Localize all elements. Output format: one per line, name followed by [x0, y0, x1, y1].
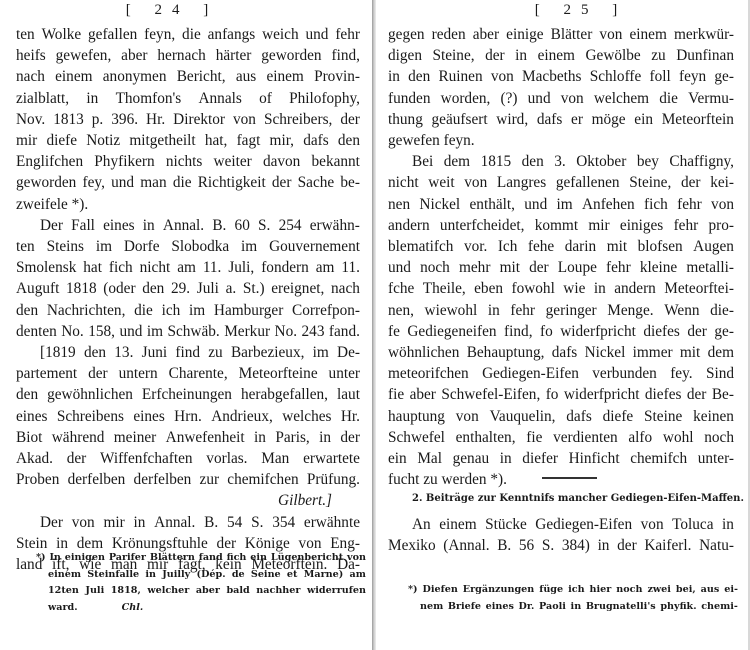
word: Menge.: [607, 300, 653, 321]
word: Hr.: [341, 406, 360, 427]
word: Akad.: [16, 448, 53, 469]
left-footnote: *)IneinigenPariferBlätternfandficheinLüg…: [36, 550, 366, 616]
word: fand.: [329, 321, 360, 342]
page-number-right: [ 25 ]: [394, 2, 750, 19]
word: Hrn.: [174, 406, 202, 427]
word: in: [571, 599, 582, 616]
text-line: feGediegeneifenfind,fowiderfprichtdiefes…: [388, 321, 734, 342]
word: Gediegen-Eifen: [482, 363, 579, 384]
word: zu: [651, 45, 665, 66]
word: Bericht,: [177, 66, 226, 87]
word: Parifer: [109, 550, 146, 567]
word: Behauptung,: [467, 342, 545, 363]
word: nicht: [388, 172, 419, 193]
word: Wolke: [42, 24, 82, 45]
word: Fall: [71, 215, 95, 236]
word: Dorfe: [124, 236, 160, 257]
word: 158,: [88, 321, 115, 342]
word: aber: [473, 24, 499, 45]
word: 3.: [554, 151, 565, 172]
word: Stücke: [485, 514, 527, 535]
right-footnote: *)DiefenErgänzungenfügeichhiernochzweibe…: [408, 582, 738, 615]
word: *): [408, 582, 418, 599]
text-line: indenRuinenvonMacbethsSchloffefollfeynge…: [388, 66, 734, 87]
word: Steins: [47, 236, 84, 257]
word: Juilly: [162, 567, 190, 584]
word: Smolensk: [16, 257, 76, 278]
word: verbunden: [592, 363, 657, 384]
word: ge-: [714, 321, 734, 342]
word: Biot: [16, 427, 42, 448]
word: den: [338, 130, 360, 151]
word: Nov.: [16, 109, 45, 130]
word: be-: [340, 172, 360, 193]
signature-line: Gilbert.]: [16, 490, 360, 511]
text-line: mirdiefeNotizmitgetheilthat,fagtmir,dafs…: [16, 130, 360, 151]
word: p.: [92, 109, 103, 130]
word: welchem: [594, 88, 649, 109]
word: Direktor: [173, 109, 225, 130]
word: einiges: [620, 215, 663, 236]
word: in: [86, 88, 98, 109]
word: genau: [453, 448, 490, 469]
word: 29.: [171, 278, 190, 299]
text-line: heifsgewefen,aberhernachhärtergewordenfi…: [16, 45, 360, 66]
word: unterfcheidet,: [440, 215, 525, 236]
word: Barbezieux,: [231, 342, 304, 363]
text-line: EnglifchenPhyfikernnichtsweiterdavonbeka…: [16, 151, 360, 172]
word: Andrieux,: [211, 406, 273, 427]
word: foll: [650, 66, 671, 87]
word: nach: [16, 66, 45, 87]
word: wiewohl: [425, 300, 478, 321]
word: ein: [388, 448, 407, 469]
word: wird,: [496, 109, 528, 130]
word: eines: [16, 406, 47, 427]
word: 354: [272, 512, 295, 533]
word: feyn,: [144, 24, 175, 45]
word: Slobodka: [171, 236, 229, 257]
text-line: tenWolkegefallenfeyn,dieanfangsweichundf…: [16, 24, 360, 45]
word: nen,: [388, 300, 414, 321]
word: Blätter: [551, 24, 593, 45]
word: fie: [388, 384, 404, 405]
word: Philofophy,: [289, 88, 360, 109]
word: ereignet,: [271, 278, 324, 299]
word: in: [388, 66, 400, 87]
word: 60: [235, 215, 250, 236]
word: vor.: [464, 236, 487, 257]
word: eines: [103, 215, 134, 236]
word: thung: [388, 109, 423, 130]
word: mir,: [270, 130, 294, 151]
word: Juni: [142, 342, 168, 363]
footnote-line: nemBriefeeinesDr.PaoliinBrugnatelli'sphy…: [408, 599, 738, 616]
word: Annals: [198, 88, 241, 109]
word: erwähn-: [310, 215, 360, 236]
word: Bei: [412, 151, 433, 172]
word: de: [232, 567, 245, 584]
word: mir: [588, 215, 609, 236]
word: fand: [199, 550, 223, 567]
word: diefes: [645, 384, 682, 405]
text-line: meteorifchenGediegen-Eifenverbundenfey.S…: [388, 363, 734, 384]
word: der: [687, 321, 707, 342]
right-page-section-body: AneinemStückeGediegen-EifenvonTolucain M…: [388, 514, 734, 556]
word: (Dép.: [197, 567, 226, 584]
word: verdienten: [553, 427, 618, 448]
word: Diefen: [423, 582, 458, 599]
word: Macbeths: [522, 66, 581, 87]
word: eben: [474, 278, 503, 299]
paragraph-start-line: DervonmirinAnnal.B.54S.354erwähnte: [16, 512, 360, 533]
word: von: [347, 550, 366, 567]
word: keinen: [693, 406, 734, 427]
word: dafs: [552, 342, 578, 363]
text-line: nenNickelenthält,undimAnfehenfichfehrvon: [388, 194, 734, 215]
text-line: undnochmehrmitderLoupefehrkleinemetalli-: [388, 257, 734, 278]
word: in: [594, 278, 606, 299]
word: im: [96, 236, 112, 257]
word: im: [313, 342, 329, 363]
word: und: [528, 88, 551, 109]
word: [1819: [40, 342, 76, 363]
word: et: [287, 567, 298, 584]
word: Ich: [498, 236, 518, 257]
word: fo: [540, 321, 553, 342]
word: welcher: [147, 583, 189, 600]
word: hernach: [157, 45, 205, 66]
word: von: [599, 24, 622, 45]
word: Mal: [417, 448, 442, 469]
word: (?): [501, 88, 518, 109]
word: hat,: [205, 130, 228, 151]
word: Wenn: [664, 300, 699, 321]
word: aber: [121, 45, 147, 66]
word: 13.: [114, 342, 133, 363]
word: An: [412, 514, 431, 535]
word: die: [134, 300, 153, 321]
word: Annal.: [163, 215, 204, 236]
word: Anwefenheit: [166, 427, 245, 448]
word: in: [488, 300, 500, 321]
word: die-: [710, 300, 734, 321]
word: der: [687, 384, 707, 405]
word: ge-: [714, 66, 734, 87]
footnote-line: *)DiefenErgänzungenfügeichhiernochzweibe…: [408, 582, 738, 599]
word: Oktober: [576, 151, 626, 172]
word: 1815: [481, 151, 512, 172]
paragraph-start-line: [1819den13.JunifindzuBarbezieux,imDe-: [16, 342, 360, 363]
word: mir: [16, 130, 37, 151]
word: pro-: [709, 215, 735, 236]
word: einem: [629, 24, 666, 45]
text-line: nen,wiewohlinfehrgeringerMenge.Wenndie-: [388, 300, 734, 321]
word: geringer: [546, 300, 597, 321]
word: Meteorftei-: [664, 278, 734, 299]
word: mitgetheilt: [129, 130, 195, 151]
word: Theile,: [423, 278, 466, 299]
word: phyfik.: [660, 599, 696, 616]
word: S.: [258, 215, 270, 236]
word: 11.: [203, 257, 222, 278]
text-line: Schwefelenthalten,fieverdientenalfowohln…: [388, 427, 734, 448]
word: Phyfikern: [94, 151, 154, 172]
word: S.: [542, 535, 554, 556]
word: 1813: [53, 109, 84, 130]
word: (Annal.: [443, 535, 489, 556]
text-line: blematifchvor.IchfehedarinmitblofsenAuge…: [388, 236, 734, 257]
word: Der: [40, 215, 63, 236]
word: erwartete: [303, 448, 360, 469]
word: den: [16, 300, 38, 321]
word: der: [681, 172, 701, 193]
text-line: gewefen feyn.: [388, 130, 734, 151]
word: 1818,: [111, 583, 141, 600]
word: einige: [506, 24, 543, 45]
word: Annal.: [154, 512, 195, 533]
word: Schreibens: [57, 406, 124, 427]
word: härter: [216, 45, 252, 66]
word: 11.: [341, 257, 360, 278]
word: bei,: [676, 582, 696, 599]
word: fich: [227, 550, 247, 567]
word: der: [67, 448, 87, 469]
word: einem: [538, 45, 575, 66]
word: merkwür-: [674, 24, 734, 45]
word: kei-: [710, 172, 734, 193]
word: Gediegeneifen: [407, 321, 496, 342]
word: Steine: [644, 406, 682, 427]
word: aber: [410, 384, 436, 405]
word: möge: [592, 109, 626, 130]
word: von: [491, 66, 514, 87]
word: Schloffe: [590, 66, 642, 87]
word: von: [711, 194, 734, 215]
word: nicht: [140, 257, 171, 278]
word: fich: [109, 257, 133, 278]
word: ei-: [724, 582, 738, 599]
text-line: Akad.derWiffenfchaftenvorlas.Manerwartet…: [16, 448, 360, 469]
word: Nickel: [585, 342, 626, 363]
word: untern: [119, 363, 158, 384]
word: welches: [282, 406, 331, 427]
word: Marne): [304, 567, 344, 584]
word: man: [140, 172, 166, 193]
word: Gewölbe: [585, 45, 640, 66]
word: Seine: [251, 567, 281, 584]
word: Englifchen: [16, 151, 83, 172]
word: gefallen: [88, 24, 137, 45]
word: find: [175, 342, 200, 363]
word: noch: [704, 427, 734, 448]
text-line: partementderunternCharente,Meteorfteineu…: [16, 363, 360, 384]
word: während: [52, 427, 105, 448]
paragraph-start-line: DerFalleinesinAnnal.B.60S.254erwähn-: [16, 215, 360, 236]
word: Augen: [693, 236, 734, 257]
word: fehr: [606, 257, 631, 278]
word: blematifch: [388, 236, 453, 257]
word: erwähnte: [304, 512, 360, 533]
word: mir: [103, 512, 124, 533]
word: in: [515, 45, 527, 66]
word: Chaffigny,: [669, 151, 734, 172]
word: Proben: [16, 469, 59, 490]
text-line: Nov.1813p.396.Hr.DirektorvonSchreibers,d…: [16, 109, 360, 130]
text-line: thunggeäufsertwird,dafsermögeeinMeteorft…: [388, 109, 734, 130]
word: Schwefel: [388, 427, 445, 448]
text-line: denNachrichten,dieichimHamburgerCorrefpo…: [16, 300, 360, 321]
word: Loupe: [558, 257, 597, 278]
word: diefe: [46, 130, 77, 151]
word: reden: [432, 24, 466, 45]
word: Paris,: [275, 427, 309, 448]
word: nach: [331, 278, 360, 299]
word: und: [111, 172, 134, 193]
word: Steinfalle: [87, 567, 139, 584]
word: am: [350, 567, 366, 584]
footnote-signature: Chl.: [122, 600, 144, 617]
footnote-line: einemSteinfalleinJuilly(Dép.deSeineetMar…: [36, 567, 366, 584]
word: mehr: [459, 257, 490, 278]
left-page-body: tenWolkegefallenfeyn,dieanfangsweichundf…: [16, 24, 360, 575]
word: bekannt: [312, 151, 360, 172]
word: der: [485, 45, 505, 66]
word: heifs: [16, 45, 46, 66]
word: weich: [262, 24, 299, 45]
word: bald: [226, 583, 249, 600]
word: fo: [546, 384, 559, 405]
word: in: [145, 567, 156, 584]
word: derfelben: [134, 469, 192, 490]
word: fche: [388, 278, 414, 299]
section-heading: 2. Beiträge zur Kenntnifs mancher Gedieg…: [412, 493, 744, 504]
word: von: [641, 514, 664, 535]
word: gegen: [388, 24, 425, 45]
word: in: [133, 512, 145, 533]
word: der: [529, 257, 549, 278]
word: am: [316, 257, 335, 278]
word: davon: [263, 151, 300, 172]
word: 396.: [111, 109, 138, 130]
word: ten: [16, 236, 35, 257]
word: fehr: [510, 300, 535, 321]
word: von: [456, 406, 479, 427]
word: 1818: [66, 278, 97, 299]
word: Paoli: [539, 599, 566, 616]
word: Langres: [497, 172, 546, 193]
text-line: gewordenfey,undmandieRichtigkeitderSache…: [16, 172, 360, 193]
word: gewöhnlichen: [47, 384, 133, 405]
word: Juli,: [228, 257, 254, 278]
word: er: [571, 109, 583, 130]
text-line: digenSteine,derineinemGewölbezuDunfinan: [388, 45, 734, 66]
word: dafs: [566, 406, 592, 427]
word: No.: [275, 321, 298, 342]
right-page-body: gegenredenabereinigeBlättervoneinemmerkw…: [388, 24, 734, 490]
word: weiter: [214, 151, 252, 172]
word: dem: [444, 151, 470, 172]
word: Gediegen-Eifen: [535, 514, 632, 535]
word: fehr: [677, 194, 702, 215]
word: herabgefallen,: [241, 384, 328, 405]
word: nichts: [166, 151, 203, 172]
word: Kaiferl.: [644, 535, 691, 556]
word: Schreibers,: [264, 109, 332, 130]
word: Briefe: [448, 599, 481, 616]
word: laut: [337, 384, 360, 405]
word: der: [88, 363, 108, 384]
word: vorlas.: [206, 448, 247, 469]
word: funden: [388, 88, 430, 109]
word: Thomfon's: [116, 88, 182, 109]
word: der: [340, 109, 360, 130]
word: immer: [633, 342, 673, 363]
word: Be-: [712, 384, 734, 405]
word: kleine: [640, 257, 677, 278]
word: Wiffenfchaften: [100, 448, 193, 469]
word: bey: [637, 151, 659, 172]
word: die: [659, 88, 678, 109]
word: den: [142, 278, 164, 299]
word: in: [500, 448, 512, 469]
text-line: Smolenskhatfichnichtam11.Juli,fondernam1…: [16, 257, 360, 278]
word: der: [617, 535, 637, 556]
text-line: nacheinemanonymenBericht,auseinemProvin-: [16, 66, 360, 87]
word: Schwefel-Eifen,: [441, 384, 540, 405]
word: dafs: [303, 130, 329, 151]
word: De-: [337, 342, 360, 363]
word: B.: [212, 215, 226, 236]
word: zur: [200, 469, 220, 490]
word: chemi-: [701, 599, 738, 616]
footnote-line: 12tenJuli1818,welcheraberbaldnachherwide…: [36, 583, 366, 600]
text-line: fucht zu werden *).: [388, 469, 734, 490]
word: die: [182, 24, 201, 45]
word: denten: [16, 321, 57, 342]
word: enthält,: [470, 194, 515, 215]
word: Vauquelin,: [490, 406, 556, 427]
word: Notiz: [86, 130, 120, 151]
paragraph-start-line: Beidem1815den3.OktoberbeyChaffigny,: [388, 151, 734, 172]
word: der: [340, 427, 360, 448]
word: in: [254, 427, 266, 448]
word: nem: [420, 599, 443, 616]
word: Nachrichten,: [47, 300, 126, 321]
word: noch: [616, 582, 642, 599]
word: kommt: [535, 215, 578, 236]
word: andern: [614, 278, 656, 299]
word: fagt: [237, 130, 261, 151]
word: im: [557, 194, 573, 215]
word: ich: [568, 582, 584, 599]
word: dem: [708, 342, 734, 363]
word: a.: [226, 278, 237, 299]
word: zwei: [647, 582, 670, 599]
word: 254: [279, 215, 302, 236]
text-line: dengewöhnlichenErfcheinungenherabgefalle…: [16, 384, 360, 405]
word: von: [464, 172, 487, 193]
word: Juli: [85, 583, 104, 600]
word: (oder: [103, 278, 135, 299]
word: wohl: [663, 427, 694, 448]
word: die: [173, 172, 192, 193]
word: mit: [500, 257, 520, 278]
text-line: Auguft1818(oderden29.Julia.St.)ereignet,…: [16, 278, 360, 299]
word: geworden: [16, 172, 76, 193]
word: meiner: [114, 427, 156, 448]
word: fey.: [670, 363, 692, 384]
